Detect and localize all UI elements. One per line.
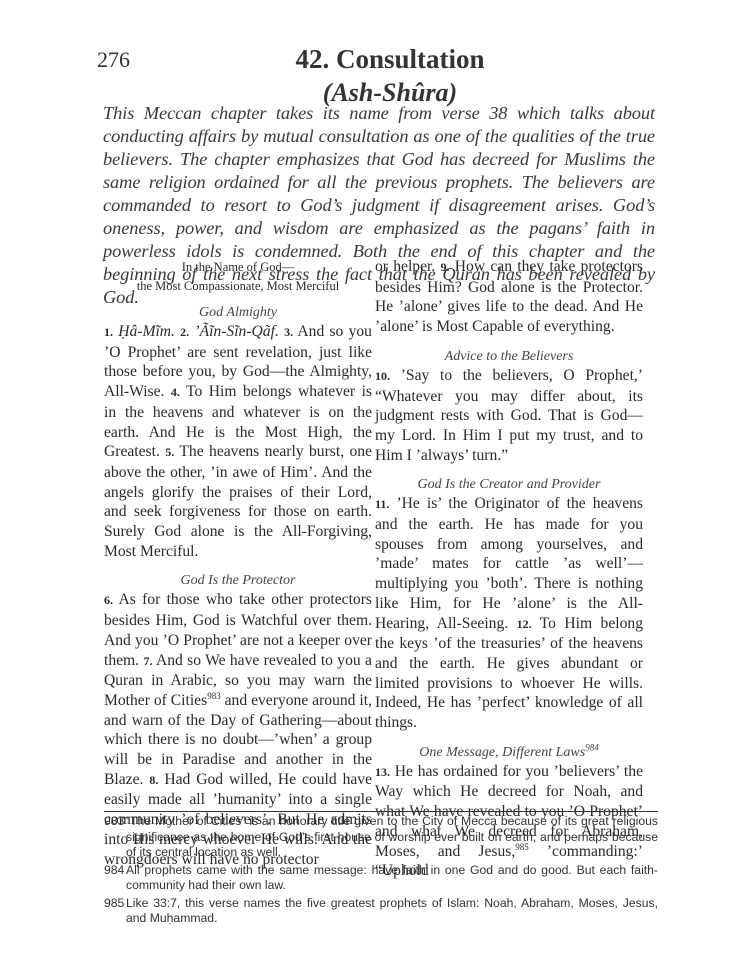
section-heading-god-almighty: God Almighty bbox=[104, 303, 372, 322]
verse-text-10: ’Say to the believers, O Prophet,’ “What… bbox=[375, 367, 643, 464]
verse-number-2: 2. bbox=[180, 325, 189, 339]
basmala-line-1: In the Name of God— bbox=[104, 258, 372, 277]
verses-11-12: 11. ’He is’ the Originator of the heaven… bbox=[375, 494, 643, 732]
basmala: In the Name of God— the Most Compassiona… bbox=[104, 258, 372, 296]
section-heading-creator: God Is the Creator and Provider bbox=[375, 475, 643, 494]
verse-text-1: Ḥâ-Mĩm. bbox=[118, 323, 175, 340]
footnote-983: 983 “The Mother of Cities” is an honorar… bbox=[104, 814, 658, 861]
basmala-line-2: the Most Compassionate, Most Merciful bbox=[104, 277, 372, 296]
verse-text-2: ’Ãĩn-Sĩn-Qãf. bbox=[194, 323, 278, 340]
footnote-number: 984 bbox=[104, 863, 126, 894]
footnote-985: 985 Like 33:7, this verse names the five… bbox=[104, 896, 658, 927]
right-column-start: or helper. bbox=[375, 258, 435, 275]
verse-number-4: 4. bbox=[171, 385, 180, 399]
left-column: In the Name of God— the Most Compassiona… bbox=[104, 258, 372, 869]
footnote-ref-984[interactable]: 984 bbox=[585, 742, 599, 752]
section-heading-one-message: One Message, Different Laws984 bbox=[375, 743, 643, 762]
verse-number-12: 12. bbox=[517, 617, 532, 631]
verse-number-8: 8. bbox=[149, 773, 158, 787]
footnote-text: “The Mother of Cities” is an honorary ti… bbox=[126, 814, 658, 861]
section-heading-advice: Advice to the Believers bbox=[375, 347, 643, 366]
verse-number-10: 10. bbox=[375, 369, 390, 383]
verse-text-11: ’He is’ the Originator of the heavens an… bbox=[375, 495, 643, 631]
right-column: or helper. 9. How can they take protecto… bbox=[375, 257, 643, 881]
footnote-984: 984 All prophets came with the same mess… bbox=[104, 863, 658, 894]
verse-text-5: The heavens nearly burst, one above the … bbox=[104, 443, 372, 560]
footnote-text: Like 33:7, this verse names the five gre… bbox=[126, 896, 658, 927]
verse-text-12: To Him belong the keys ’of the treasurie… bbox=[375, 615, 643, 732]
footnote-text: All prophets came with the same message:… bbox=[126, 863, 658, 894]
verse-10-block: 10. ’Say to the believers, O Prophet,’ “… bbox=[375, 366, 643, 466]
verse-number-1: 1. bbox=[104, 325, 113, 339]
footnote-number: 983 bbox=[104, 814, 126, 861]
verses-1-5: 1. Ḥâ-Mĩm. 2. ’Ãĩn-Sĩn-Qãf. 3. And so yo… bbox=[104, 322, 372, 561]
footnote-ref-983[interactable]: 983 bbox=[207, 691, 221, 701]
verse-number-13: 13. bbox=[375, 765, 390, 779]
verse-number-11: 11. bbox=[375, 497, 389, 511]
verse-number-5: 5. bbox=[165, 445, 174, 459]
section-heading-protector: God Is the Protector bbox=[104, 571, 372, 590]
footnotes: 983 “The Mother of Cities” is an honorar… bbox=[104, 811, 658, 929]
footnote-number: 985 bbox=[104, 896, 126, 927]
heading-text: One Message, Different Laws bbox=[419, 745, 585, 760]
verse-9-block: or helper. 9. How can they take protecto… bbox=[375, 257, 643, 337]
verse-number-3: 3. bbox=[284, 325, 293, 339]
verse-number-6: 6. bbox=[104, 593, 113, 607]
verse-number-9: 9. bbox=[441, 260, 450, 274]
verse-number-7: 7. bbox=[143, 654, 152, 668]
chapter-title: 42. Consultation bbox=[0, 44, 750, 75]
